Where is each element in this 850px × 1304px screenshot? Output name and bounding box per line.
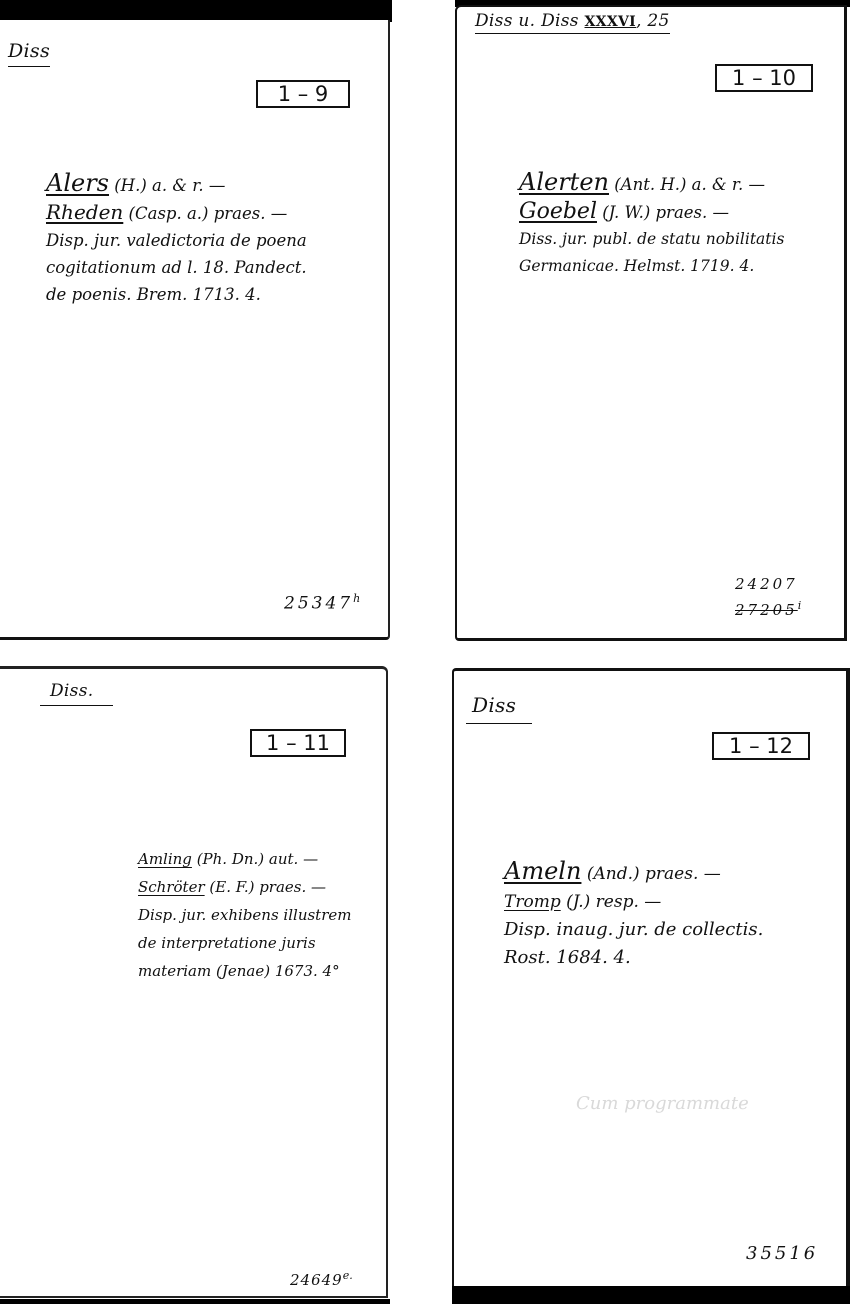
author-details: (Ant. H.) a. & r. — [614,175,765,194]
title-line: Disp. jur. valedictoria de poena [46,227,307,254]
shelfmark: Diss. [40,681,113,706]
title-line: Germanicae. Helmst. 1719. 4. [519,253,784,280]
catalog-card-3: Diss. 1 – 11 Amling (Ph. Dn.) aut. — Sch… [0,666,388,1298]
author-name: Alers [46,169,109,197]
author-line: Amling (Ph. Dn.) aut. — [138,845,351,873]
accession-suffix: h [353,592,360,605]
praeses-details: (J.) resp. — [566,892,661,912]
accession-number: 35516 [746,1243,818,1264]
praeses-name: Schröter [138,878,205,896]
title-line: Diss. jur. publ. de statu nobilitatis [519,226,784,253]
author-details: (H.) a. & r. — [114,176,225,195]
author-line: Ameln (And.) praes. — [504,857,763,888]
catalog-entry: Alers (H.) a. & r. — Rheden (Casp. a.) p… [46,170,307,308]
catalog-card-4: Diss 1 – 12 Ameln (And.) praes. — Tromp … [452,668,850,1286]
scanner-edge-top-left [0,0,392,22]
praeses-name: Goebel [519,199,597,224]
author-details: (Ph. Dn.) aut. — [197,850,318,868]
title-line: Disp. inaug. jur. de collectis. [504,916,763,944]
scanner-edge-bottom-right [452,1286,850,1304]
shelfmark: Diss [8,40,50,67]
accession-digits: 35516 [746,1243,818,1264]
scan-page: Diss 1 – 9 Alers (H.) a. & r. — Rheden (… [0,0,850,1304]
author-details: (And.) praes. — [587,864,721,884]
accession-suffix: e. [343,1269,353,1282]
praeses-name: Rheden [46,200,123,224]
call-number-box: 1 – 12 [712,732,810,760]
shelfmark: Diss [466,693,532,724]
accession-crossed-out: 27205 [735,601,798,619]
author-line: Alers (H.) a. & r. — [46,170,307,199]
shelfmark-prefix: Diss u. Diss [475,11,585,31]
shelfmark-volume: XXXVI [585,14,637,30]
praeses-line: Tromp (J.) resp. — [504,888,763,916]
catalog-entry: Ameln (And.) praes. — Tromp (J.) resp. —… [504,857,763,972]
accession-digits: 25347 [284,594,353,614]
accession-digits: 24207 [735,573,801,595]
praeses-details: (J. W.) praes. — [602,203,729,222]
praeses-line: Schröter (E. F.) praes. — [138,873,351,901]
praeses-details: (Casp. a.) praes. — [129,204,288,223]
faint-pencil-note: Cum programmate [576,1093,749,1114]
catalog-entry: Alerten (Ant. H.) a. & r. — Goebel (J. W… [519,169,784,280]
author-name: Ameln [504,857,581,885]
accession-suffix: i [798,599,802,612]
author-name: Alerten [519,168,609,196]
accession-digits: 24649 [290,1271,343,1289]
catalog-entry: Amling (Ph. Dn.) aut. — Schröter (E. F.)… [138,845,351,985]
accession-crossed-line: 27205i [735,595,801,621]
title-line: cogitationum ad l. 18. Pandect. [46,254,307,281]
scanner-edge-bottom-left [0,1299,390,1304]
title-line: de interpretatione juris [138,929,351,957]
author-line: Alerten (Ant. H.) a. & r. — [519,169,784,198]
shelfmark: Diss u. Diss XXXVI, 25 [475,11,670,34]
catalog-card-1: Diss 1 – 9 Alers (H.) a. & r. — Rheden (… [0,20,390,640]
shelfmark-suffix: , 25 [636,11,670,31]
praeses-details: (E. F.) praes. — [209,878,326,896]
title-line: Disp. jur. exhibens illustrem [138,901,351,929]
accession-number: 24207 27205i [735,573,801,621]
call-number-box: 1 – 10 [715,64,813,92]
praeses-name: Tromp [504,892,561,912]
accession-number: 25347h [284,592,360,614]
title-line: de poenis. Brem. 1713. 4. [46,281,307,308]
title-line: Rost. 1684. 4. [504,944,763,972]
praeses-line: Rheden (Casp. a.) praes. — [46,199,307,227]
call-number-box: 1 – 9 [256,80,350,108]
praeses-line: Goebel (J. W.) praes. — [519,198,784,226]
title-line: materiam (Jenae) 1673. 4° [138,957,351,985]
accession-number: 24649e. [290,1269,353,1289]
catalog-card-2: Diss u. Diss XXXVI, 25 1 – 10 Alerten (A… [455,5,847,641]
author-name: Amling [138,850,192,868]
call-number-box: 1 – 11 [250,729,346,757]
